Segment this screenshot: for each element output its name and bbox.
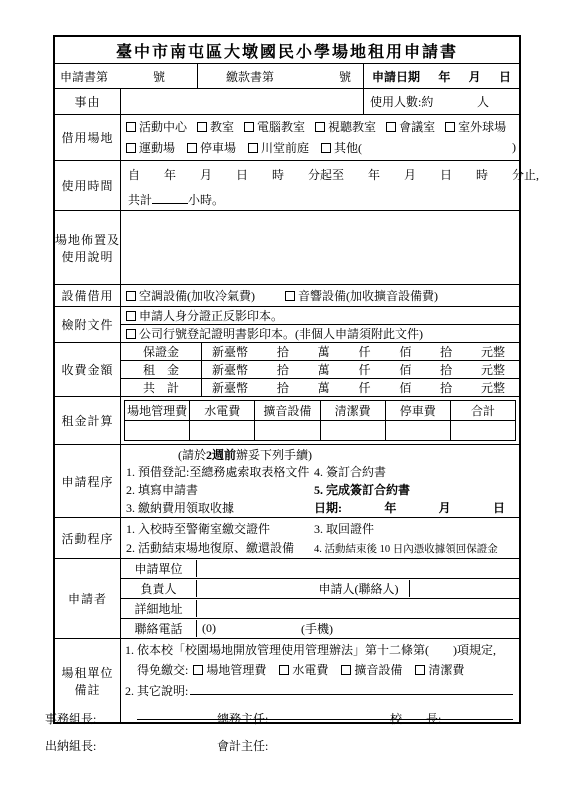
documents-label: 檢附文件 <box>55 307 121 342</box>
rent-calc-label: 租金計算 <box>55 397 121 444</box>
rent-col-header: 水電費 <box>190 401 255 420</box>
contract-date-day: 日 <box>493 499 505 516</box>
general-affairs-director-signature[interactable]: 總務主任: <box>217 710 390 727</box>
digit-ten-thousands[interactable]: 萬 <box>318 361 330 378</box>
digit-tens[interactable]: 拾 <box>440 343 452 360</box>
rent-value-cell[interactable] <box>321 421 386 440</box>
rent-col-header: 擴音設備 <box>255 401 320 420</box>
applicant-unit-label: 申請單位 <box>121 560 197 577</box>
venue-row: 借用場地 活動中心 教室 電腦教室 視聽教室 會議室 室外球場 運動場 停車場 … <box>55 114 519 160</box>
fee-row-name: 共 計 <box>121 379 202 396</box>
rent-col-header: 場地管理費 <box>125 401 190 420</box>
apply-step: 4. 簽訂合約書 <box>314 463 515 480</box>
doc-number-row: 申請書第 號 繳款書第 號 申請日期 年 月 日 <box>55 63 519 88</box>
dollars-label: 元整 <box>481 343 505 360</box>
checkbox-computer-room[interactable] <box>244 122 254 132</box>
venue-option: 運動場 <box>139 139 175 156</box>
total-hours-field[interactable] <box>152 191 188 204</box>
activity-step: 3. 取回證件 <box>314 520 517 537</box>
checkbox-av-room[interactable] <box>315 122 325 132</box>
procedure-note-deadline: 2週前 <box>206 448 236 462</box>
checkbox-parking-lot[interactable] <box>187 143 197 153</box>
activity-step: 4. 活動結束後 10 日內憑收據領回保證金 <box>314 541 517 556</box>
waive-prefix: 得免繳交: <box>137 661 188 678</box>
venue-option: 川堂前庭 <box>261 139 309 156</box>
venue-other-close: ) <box>512 140 516 155</box>
digit-hundreds[interactable]: 佰 <box>399 361 411 378</box>
time-label: 使用時間 <box>55 161 121 210</box>
apply-step: 1. 預借登記:至總務處索取表格文件 <box>126 463 314 480</box>
apply-date-day: 日 <box>499 68 511 85</box>
remarks-rule-close: )項規定, <box>453 641 496 658</box>
digit-thousands[interactable]: 仟 <box>358 361 370 378</box>
digit-tens-of-thousands[interactable]: 拾 <box>277 379 289 396</box>
applicant-row: 申請者 申請單位 負責人 申請人(聯絡人) 詳細地址 聯絡電話 (0) (手機) <box>55 558 519 638</box>
principal-signature[interactable]: 校 長: <box>390 710 521 727</box>
manager-label: 負責人 <box>121 580 197 597</box>
apply-step: 2. 填寫申請書 <box>126 481 314 498</box>
affairs-chief-signature[interactable]: 事務組長: <box>45 710 217 727</box>
time-range-line[interactable]: 自 年 月 日 時 分起至 年 月 日 時 分止, <box>128 166 513 183</box>
checkbox-aircon[interactable] <box>126 291 136 301</box>
reason-row: 事由 使用人數:約 人 <box>55 88 519 114</box>
apply-date-label: 申請日期 <box>372 68 420 85</box>
cashier-chief-signature[interactable]: 出納組長: <box>45 737 217 754</box>
checkbox-waive-utility-fee[interactable] <box>279 665 289 675</box>
checkbox-sports-field[interactable] <box>126 143 136 153</box>
total-hours-suffix: 小時。 <box>188 191 224 208</box>
documents-row: 檢附文件 申請人身分證正反影印本。 公司行號登記證明書影印本。(非個人申請須附此… <box>55 306 519 342</box>
contract-date-label: 日期: <box>314 499 342 516</box>
payment-no-suffix: 號 <box>339 68 351 85</box>
remarks-rule-open: 1. 依本校「校園場地開放管理使用管理辦法」第十二條第( <box>125 641 429 658</box>
currency-label: 新臺幣 <box>212 343 248 360</box>
fee-row-name: 保證金 <box>121 343 202 360</box>
dollars-label: 元整 <box>481 379 505 396</box>
dollars-label: 元整 <box>481 361 505 378</box>
rent-value-cell[interactable] <box>190 421 255 440</box>
digit-tens[interactable]: 拾 <box>440 361 452 378</box>
venue-option: 室外球場 <box>458 118 506 135</box>
venue-option: 視聽教室 <box>328 118 376 135</box>
checkbox-company-cert[interactable] <box>126 329 136 339</box>
document-option: 公司行號登記證明書影印本。(非個人申請須附此文件) <box>139 325 423 342</box>
currency-label: 新臺幣 <box>212 379 248 396</box>
reason-input-area[interactable] <box>121 89 364 114</box>
checkbox-id-copy[interactable] <box>126 311 136 321</box>
checkbox-other-venue[interactable] <box>321 143 331 153</box>
activity-procedure-row: 活動程序 1. 入校時至警衛室繳交證件 2. 活動結束場地復原、繳還設備 3. … <box>55 517 519 558</box>
venue-option: 會議室 <box>399 118 435 135</box>
phone-label: 聯絡電話 <box>121 620 197 637</box>
checkbox-hall-front[interactable] <box>248 143 258 153</box>
applicant-label: 申請者 <box>55 559 121 638</box>
equipment-label: 設備借用 <box>55 285 121 306</box>
signature-area: 事務組長: 總務主任: 校 長: 出納組長: 會計主任: <box>45 710 521 764</box>
procedure-note-close: 辦妥下列手續) <box>236 448 312 462</box>
layout-label-line2: 使用說明 <box>61 248 113 265</box>
rent-calc-table: 場地管理費 水電費 擴音設備 清潔費 停車費 合計 <box>124 400 516 441</box>
venue-option: 活動中心 <box>139 118 187 135</box>
remarks-label-line1: 場租單位 <box>61 664 113 681</box>
digit-tens[interactable]: 拾 <box>440 379 452 396</box>
rent-value-cell[interactable] <box>386 421 451 440</box>
rent-col-header: 清潔費 <box>321 401 386 420</box>
apply-date-month: 月 <box>469 68 481 85</box>
fee-row-name: 租 金 <box>121 361 202 378</box>
digit-hundreds[interactable]: 佰 <box>399 379 411 396</box>
fees-row: 收費金額 保證金 新臺幣 拾 萬 仟 佰 拾 元整 租 金 新臺幣 拾 <box>55 342 519 396</box>
contract-date-year: 年 <box>384 499 396 516</box>
waive-option: 擴音設備 <box>354 661 402 678</box>
rental-application-form: 臺中市南屯區大墩國民小學場地租用申請書 申請書第 號 繳款書第 號 申請日期 年… <box>53 35 521 724</box>
checkbox-audio[interactable] <box>285 291 295 301</box>
rent-value-cell[interactable] <box>451 421 515 440</box>
activity-step: 2. 活動結束場地復原、繳還設備 <box>126 539 314 556</box>
other-notes-prefix: 2. 其它說明: <box>125 682 188 699</box>
digit-hundreds[interactable]: 佰 <box>399 343 411 360</box>
rent-calc-row: 租金計算 場地管理費 水電費 擴音設備 清潔費 停車費 合計 <box>55 396 519 444</box>
equipment-option: 音響設備(加收擴音設備費) <box>298 287 438 304</box>
checkbox-outdoor-court[interactable] <box>445 122 455 132</box>
users-count-unit: 人 <box>477 93 489 110</box>
page-title: 臺中市南屯區大墩國民小學場地租用申請書 <box>55 37 519 63</box>
digit-thousands[interactable]: 仟 <box>358 343 370 360</box>
venue-label: 借用場地 <box>55 115 121 160</box>
users-count-label: 使用人數:約 <box>370 93 433 110</box>
layout-label-line1: 場地佈置及 <box>55 231 120 248</box>
digit-tens-of-thousands[interactable]: 拾 <box>277 361 289 378</box>
apply-step: 5. 完成簽訂合約書 <box>314 481 515 498</box>
apply-date-year: 年 <box>438 68 450 85</box>
currency-label: 新臺幣 <box>212 361 248 378</box>
venue-option: 教室 <box>210 118 234 135</box>
procedure-note-open: (請於 <box>178 448 206 462</box>
apply-procedure-row: 申請程序 (請於2週前辦妥下列手續) 1. 預借登記:至總務處索取表格文件 2.… <box>55 444 519 517</box>
waive-option: 場地管理費 <box>206 661 266 678</box>
layout-row: 場地佈置及 使用說明 <box>55 210 519 284</box>
waive-option: 水電費 <box>292 661 328 678</box>
digit-ten-thousands[interactable]: 萬 <box>318 379 330 396</box>
rent-col-header: 合計 <box>451 401 515 420</box>
apply-step: 3. 繳納費用領取收據 <box>126 499 314 516</box>
application-no-suffix: 號 <box>153 68 165 85</box>
total-hours-prefix: 共計 <box>128 191 152 208</box>
phone-field[interactable]: (0) <box>202 621 216 636</box>
layout-input-area[interactable] <box>121 211 519 284</box>
reason-label: 事由 <box>55 89 121 114</box>
mobile-label: (手機) <box>301 620 333 637</box>
contract-date-month: 月 <box>439 499 451 516</box>
document-option: 申請人身分證正反影印本。 <box>139 307 283 324</box>
checkbox-meeting-room[interactable] <box>386 122 396 132</box>
waive-option: 清潔費 <box>428 661 464 678</box>
rent-value-cell[interactable] <box>125 421 190 440</box>
checkbox-waive-mgmt-fee[interactable] <box>193 665 203 675</box>
digit-tens-of-thousands[interactable]: 拾 <box>277 343 289 360</box>
address-label: 詳細地址 <box>121 600 197 617</box>
other-notes-field[interactable] <box>190 682 513 695</box>
rent-value-cell[interactable] <box>255 421 320 440</box>
activity-procedure-label: 活動程序 <box>55 518 121 558</box>
equipment-option: 空調設備(加收冷氣費) <box>139 287 255 304</box>
remarks-label-line2: 備註 <box>74 681 100 698</box>
application-no-label: 申請書第 <box>60 68 108 85</box>
apply-procedure-label: 申請程序 <box>55 445 121 517</box>
fees-label: 收費金額 <box>55 343 121 396</box>
venue-option: 停車場 <box>200 139 236 156</box>
accounting-director-signature[interactable]: 會計主任: <box>217 737 390 754</box>
payment-no-label: 繳款書第 <box>226 68 274 85</box>
digit-thousands[interactable]: 仟 <box>358 379 370 396</box>
contact-label: 申請人(聯絡人) <box>308 580 410 597</box>
checkbox-classroom[interactable] <box>197 122 207 132</box>
equipment-row: 設備借用 空調設備(加收冷氣費) 音響設備(加收擴音設備費) <box>55 284 519 306</box>
activity-step: 1. 入校時至警衛室繳交證件 <box>126 520 314 537</box>
venue-option: 電腦教室 <box>257 118 305 135</box>
checkbox-waive-audio-fee[interactable] <box>341 665 351 675</box>
venue-other-open: 其他( <box>334 139 362 156</box>
time-row: 使用時間 自 年 月 日 時 分起至 年 月 日 時 分止, 共計 小時。 <box>55 160 519 210</box>
checkbox-waive-cleaning-fee[interactable] <box>415 665 425 675</box>
checkbox-activity-center[interactable] <box>126 122 136 132</box>
digit-ten-thousands[interactable]: 萬 <box>318 343 330 360</box>
rent-col-header: 停車費 <box>386 401 451 420</box>
